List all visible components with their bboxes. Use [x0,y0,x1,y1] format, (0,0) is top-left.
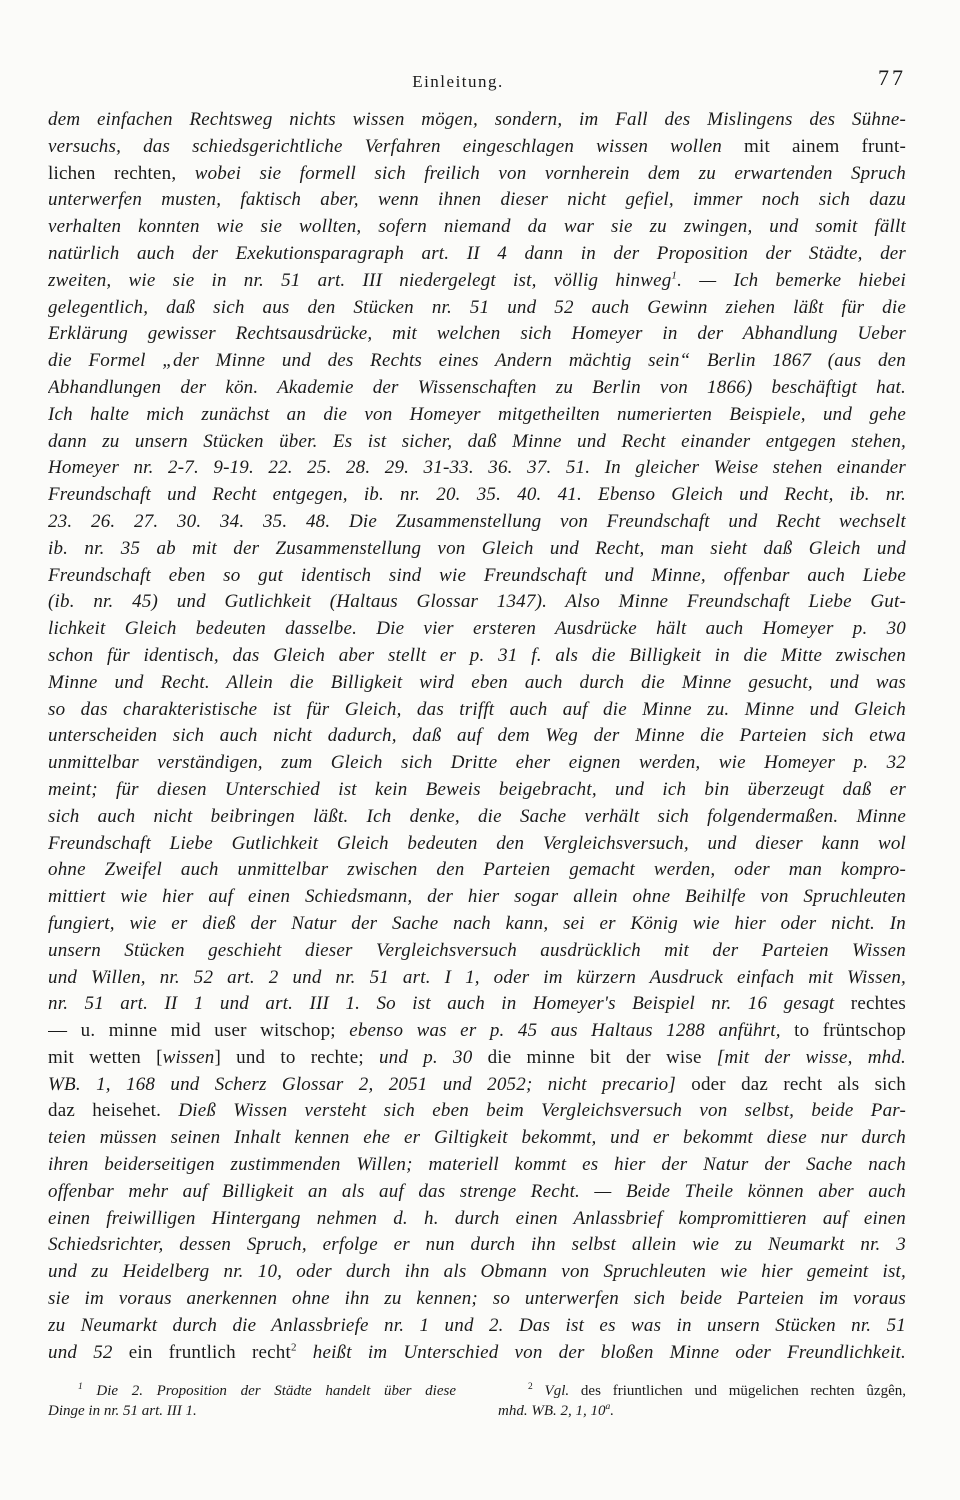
footnote-right: 2 Vgl. des friuntlichen und mügelichen r… [498,1381,906,1421]
text-segment: nr. 51 art. II 1 und art. III 1. So ist … [48,993,851,1014]
text-segment: verhalten konnten wie sie wollten, sofer… [48,216,906,237]
text-line: sich auch nicht beibringen läßt. Ich den… [48,804,906,831]
text-segment: versuchs, das schiedsgerichtliche Verfah… [48,136,744,157]
text-segment: ihren beiderseitigen zustimmenden Willen… [48,1154,906,1175]
text-segment: wobei sie formell sich freilich von vorn… [195,163,906,184]
text-line: fungiert, wie er dieß der Natur der Sach… [48,911,906,938]
footnotes: 1 Die 2. Proposition der Städte handelt … [48,1381,906,1421]
text-segment: meint; für diesen Unterschied ist kein B… [48,779,906,800]
footnote-line: 2 Vgl. des friuntlichen und mügelichen r… [498,1381,906,1401]
text-line: einen freiwilligen Hintergang nehmen d. … [48,1206,906,1233]
text-segment: Homeyer nr. 2-7. 9-19. 22. 25. 28. 29. 3… [48,457,906,478]
text-line: so das charakteristische ist für Gleich,… [48,697,906,724]
text-segment: unsern Stücken geschieht dieser Vergleic… [48,940,906,961]
text-line: dann zu unsern Stücken über. Es ist sich… [48,429,906,456]
text-segment: Schiedsrichter, dessen Spruch, erfolge e… [48,1234,906,1255]
text-segment: Vgl. [545,1383,570,1399]
text-line: WB. 1, 168 und Scherz Glossar 2, 2051 un… [48,1072,906,1099]
text-segment: Freundschaft Liebe Gutlichkeit Gleich be… [48,833,906,854]
text-segment: unmittelbar verständigen, zum Gleich sic… [48,752,906,773]
text-segment: ohne Zweifel auch unmittelbar zwischen d… [48,859,906,880]
text-segment: Die 2. Proposition der Städte handelt üb… [83,1383,456,1399]
text-segment: to früntschop [794,1020,906,1041]
text-segment: sie im voraus anerkennen ohne ihn zu ken… [48,1288,906,1309]
text-segment: lichen rechten, [48,163,195,184]
text-line: und zu Heidelberg nr. 10, oder durch ihn… [48,1259,906,1286]
text-segment: mhd. WB. 2, 1, 10 [498,1403,606,1419]
text-line: 35— u. minne mid user witschop; ebenso w… [48,1018,906,1045]
text-line: Freundschaft eben so gut identisch sind … [48,563,906,590]
text-line: unterscheiden sich auch nicht dadurch, d… [48,723,906,750]
text-line: 20lichkeit Gleich bedeuten dasselbe. Die… [48,616,906,643]
text-line: natürlich auch der Exekutionsparagraph a… [48,241,906,268]
text-segment: ein fruntlich recht [129,1342,291,1363]
text-segment: mit wetten [ [48,1047,163,1068]
text-line: daz heisehet. Dieß Wissen versteht sich … [48,1098,906,1125]
text-segment: Abhandlungen der kön. Akademie der Wisse… [48,377,906,398]
text-segment: . — Ich bemerke hiebei [677,270,906,291]
text-segment: Dinge in nr. 51 art. III 1. [48,1403,197,1419]
text-segment: rechtes [851,993,906,1014]
text-segment: gelegentlich, daß sich aus den Stücken n… [48,297,906,318]
text-segment: fungiert, wie er dieß der Natur der Sach… [48,913,906,934]
text-segment: lichkeit Gleich bedeuten dasselbe. Die v… [48,618,906,639]
text-line: Homeyer nr. 2-7. 9-19. 22. 25. 28. 29. 3… [48,455,906,482]
page-number: 77 [878,65,906,91]
text-segment: [mit der wisse, mhd. [717,1047,906,1068]
text-line: 15Freundschaft und Recht entgegen, ib. n… [48,482,906,509]
text-segment: und zu Heidelberg nr. 10, oder durch ihn… [48,1261,906,1282]
text-segment: einen freiwilligen Hintergang nehmen d. … [48,1208,906,1229]
text-line: Minne und Recht. Allein die Billigkeit w… [48,670,906,697]
text-segment: Freundschaft und Recht entgegen, ib. nr.… [48,484,906,505]
text-segment: oder daz recht als sich [691,1074,906,1095]
text-line: 5verhalten konnten wie sie wollten, sofe… [48,214,906,241]
text-line: und Willen, nr. 52 art. 2 und nr. 51 art… [48,965,906,992]
text-line: Abhandlungen der kön. Akademie der Wisse… [48,375,906,402]
text-line: nr. 51 art. II 1 und art. III 1. So ist … [48,991,906,1018]
page-header-title: Einleitung. [48,72,868,92]
text-line: 10die Formel „der Minne und des Rechts e… [48,348,906,375]
text-line: unterwerfen musten, faktisch aber, wenn … [48,187,906,214]
text-line: mit wetten [wissen] und to rechte; und p… [48,1045,906,1072]
text-segment: schon für identisch, das Gleich aber ste… [48,645,906,666]
text-segment: wissen [163,1047,215,1068]
text-segment: des friuntlichen und mügelichen rechten … [569,1383,906,1399]
text-segment: unterscheiden sich auch nicht dadurch, d… [48,725,906,746]
footnote-line: mhd. WB. 2, 1, 10a. [498,1401,906,1421]
text-segment [297,1342,313,1363]
text-segment: die minne bit der wise [488,1047,717,1068]
text-line: versuchs, das schiedsgerichtliche Verfah… [48,134,906,161]
book-page: Einleitung. 77 dem einfachen Rechtsweg n… [0,0,960,1500]
text-line: 40ihren beiderseitigen zustimmenden Will… [48,1152,906,1179]
text-segment: unterwerfen musten, faktisch aber, wenn … [48,189,906,210]
text-line: lichen rechten, wobei sie formell sich f… [48,161,906,188]
text-segment: mit ainem frunt- [744,136,906,157]
text-line: Erklärung gewisser Rechtsausdrücke, mit … [48,321,906,348]
text-segment: natürlich auch der Exekutionsparagraph a… [48,243,906,264]
text-segment: . [610,1403,614,1419]
text-segment: ] und to rechte; [214,1047,378,1068]
text-segment: sich auch nicht beibringen läßt. Ich den… [48,806,906,827]
footnote-marker: 2 [291,1341,297,1353]
text-segment: und Willen, nr. 52 art. 2 und nr. 51 art… [48,967,906,988]
text-segment: Ich halte mich zunächst an die von Homey… [48,404,906,425]
body-text: dem einfachen Rechtsweg nichts wissen mö… [48,107,906,1366]
text-line: gelegentlich, daß sich aus den Stücken n… [48,295,906,322]
text-segment: so das charakteristische ist für Gleich,… [48,699,906,720]
text-segment: Freundschaft eben so gut identisch sind … [48,565,906,586]
footnote-left: 1 Die 2. Proposition der Städte handelt … [48,1381,456,1421]
text-segment: mittiert wie hier auf einen Schiedsmann,… [48,886,906,907]
text-segment: und 52 [48,1342,129,1363]
text-segment: daz heisehet. [48,1100,178,1121]
footnote-line: 1 Die 2. Proposition der Städte handelt … [48,1381,456,1401]
text-segment: zweiten, wie sie in nr. 51 art. III nied… [48,270,671,291]
text-line: 25unmittelbar verständigen, zum Gleich s… [48,750,906,777]
footnote-line: Dinge in nr. 51 art. III 1. [48,1401,456,1421]
text-line: und 52 ein fruntlich recht2 heißt im Unt… [48,1340,906,1367]
text-line: schon für identisch, das Gleich aber ste… [48,643,906,670]
text-segment: offenbar mehr auf Billigkeit an als auf … [48,1181,906,1202]
text-line: zu Neumarkt durch die Anlassbriefe nr. 1… [48,1313,906,1340]
text-line: meint; für diesen Unterschied ist kein B… [48,777,906,804]
text-segment: ebenso was er p. 45 aus Haltaus 1288 anf… [349,1020,794,1041]
text-segment: heißt im Unterschied von der bloßen Minn… [313,1342,906,1363]
text-line: offenbar mehr auf Billigkeit an als auf … [48,1179,906,1206]
text-segment: ib. nr. 35 ab mit der Zusammenstellung v… [48,538,906,559]
text-line: zweiten, wie sie in nr. 51 art. III nied… [48,268,906,295]
text-segment [533,1383,545,1399]
text-segment: Minne und Recht. Allein die Billigkeit w… [48,672,906,693]
text-segment: Erklärung gewisser Rechtsausdrücke, mit … [48,323,906,344]
text-segment: dann zu unsern Stücken über. Es ist sich… [48,431,906,452]
text-segment: dem einfachen Rechtsweg nichts wissen mö… [48,109,906,130]
text-line: ib. nr. 35 ab mit der Zusammenstellung v… [48,536,906,563]
text-line: (ib. nr. 45) und Gutlichkeit (Haltaus Gl… [48,589,906,616]
text-segment: (ib. nr. 45) und Gutlichkeit (Haltaus Gl… [48,591,906,612]
text-segment: — u. minne mid user witschop; [48,1020,349,1041]
text-line: Schiedsrichter, dessen Spruch, erfolge e… [48,1232,906,1259]
text-line: ohne Zweifel auch unmittelbar zwischen d… [48,857,906,884]
text-line: 45sie im voraus anerkennen ohne ihn zu k… [48,1286,906,1313]
text-segment: teien müssen seinen Inhalt kennen ehe er… [48,1127,906,1148]
text-line: 23. 26. 27. 30. 34. 35. 48. Die Zusammen… [48,509,906,536]
text-line: Freundschaft Liebe Gutlichkeit Gleich be… [48,831,906,858]
text-segment: 23. 26. 27. 30. 34. 35. 48. Die Zusammen… [48,511,906,532]
text-segment: die Formel „der Minne und des Rechts ein… [48,350,906,371]
text-line: 30mittiert wie hier auf einen Schiedsman… [48,884,906,911]
text-segment: Dieß Wissen versteht sich eben beim Verg… [178,1100,906,1121]
text-line: dem einfachen Rechtsweg nichts wissen mö… [48,107,906,134]
text-segment: zu Neumarkt durch die Anlassbriefe nr. 1… [48,1315,906,1336]
text-line: Ich halte mich zunächst an die von Homey… [48,402,906,429]
text-segment: und p. 30 [379,1047,488,1068]
text-segment: WB. 1, 168 und Scherz Glossar 2, 2051 un… [48,1074,691,1095]
text-line: unsern Stücken geschieht dieser Vergleic… [48,938,906,965]
text-line: teien müssen seinen Inhalt kennen ehe er… [48,1125,906,1152]
